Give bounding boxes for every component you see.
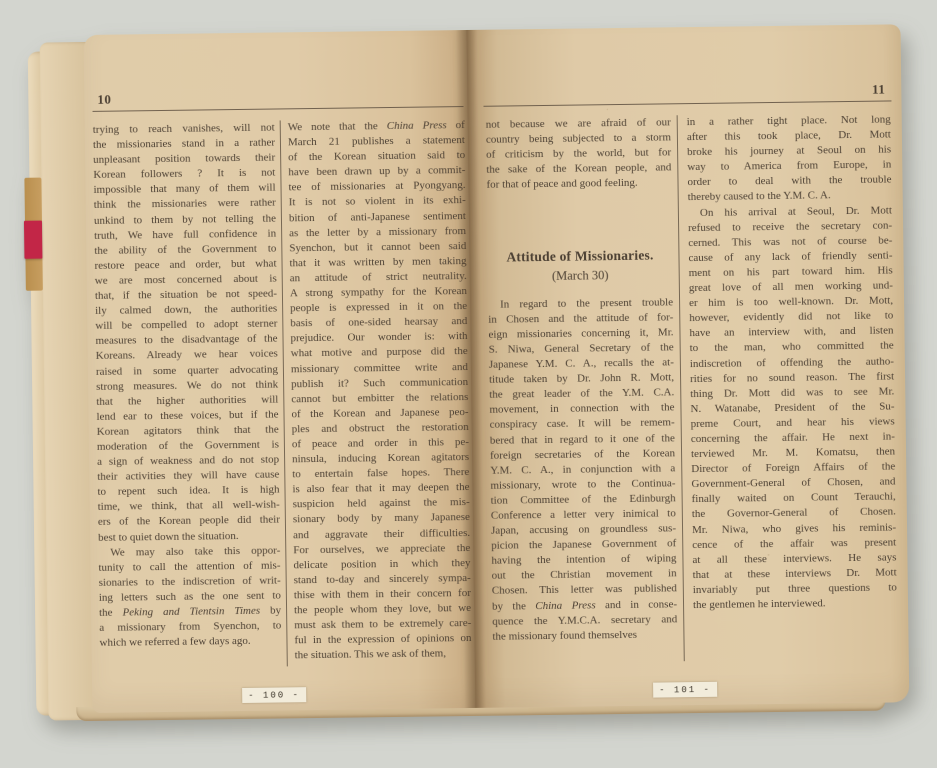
folio-label: - 100 - bbox=[242, 687, 306, 703]
text-line: conspiracy case. It will be remem- bbox=[490, 416, 675, 434]
text-line: missionary committee write and bbox=[291, 360, 468, 377]
text-line: quence the Y.M.C.A. secretary and bbox=[492, 612, 677, 630]
text-line: sionary body by many Japanese bbox=[293, 510, 470, 527]
column-4: in a rather tight place. Not longafter t… bbox=[678, 112, 898, 661]
text-line: It is not so violent in its exhi- bbox=[289, 193, 466, 210]
text-line: invariably put three questions to bbox=[693, 580, 897, 598]
column-2: We note that the China Press ofMarch 21 … bbox=[281, 118, 472, 666]
text-line: for that of peace and good feeling. bbox=[486, 176, 671, 194]
page-number: 10 bbox=[97, 92, 111, 108]
column-3: not because we are afraid of ourcountry … bbox=[486, 115, 684, 663]
page-10: 10 trying to reach vanishes, will notthe… bbox=[84, 30, 476, 713]
text-line: the gentlemen he interviewed. bbox=[693, 595, 897, 613]
header-rule bbox=[483, 100, 891, 106]
page-number: 11 bbox=[872, 82, 886, 98]
page-11: 11 not because we are afraid of ourcount… bbox=[466, 24, 909, 708]
column-1: trying to reach vanishes, will notthe mi… bbox=[93, 120, 287, 668]
text-line: which we referred a few days ago. bbox=[99, 634, 281, 651]
bookmark-tab-red bbox=[24, 221, 42, 259]
text-line: think the missionaries were rather bbox=[94, 196, 276, 213]
text-line: Chosen. This letter was published bbox=[492, 582, 677, 600]
header-rule bbox=[93, 106, 464, 112]
book-photo: 10 trying to reach vanishes, will notthe… bbox=[0, 0, 937, 768]
text-line: the sake of the Korean people, and bbox=[486, 161, 671, 179]
article-date: (March 30) bbox=[488, 267, 673, 285]
text-line: ers of the Korean people did their bbox=[98, 513, 280, 530]
text-line: Koreans. Already we hear voices bbox=[96, 347, 278, 364]
folio-label: - 101 - bbox=[653, 682, 717, 698]
text-line: the missionary found themselves bbox=[492, 627, 677, 645]
text-line: the situation. This we ask of them, bbox=[295, 646, 472, 663]
text-line: what motive and purpose did the bbox=[291, 344, 468, 361]
article-heading: Attitude of Missionaries. bbox=[487, 248, 672, 266]
page-spread: 10 trying to reach vanishes, will notthe… bbox=[84, 24, 910, 713]
text-columns: not because we are afraid of ourcountry … bbox=[486, 112, 898, 663]
text-columns: trying to reach vanishes, will notthe mi… bbox=[93, 118, 472, 669]
text-line: a missionary from Syenchon, to bbox=[99, 619, 281, 636]
open-book: 10 trying to reach vanishes, will notthe… bbox=[28, 24, 910, 723]
